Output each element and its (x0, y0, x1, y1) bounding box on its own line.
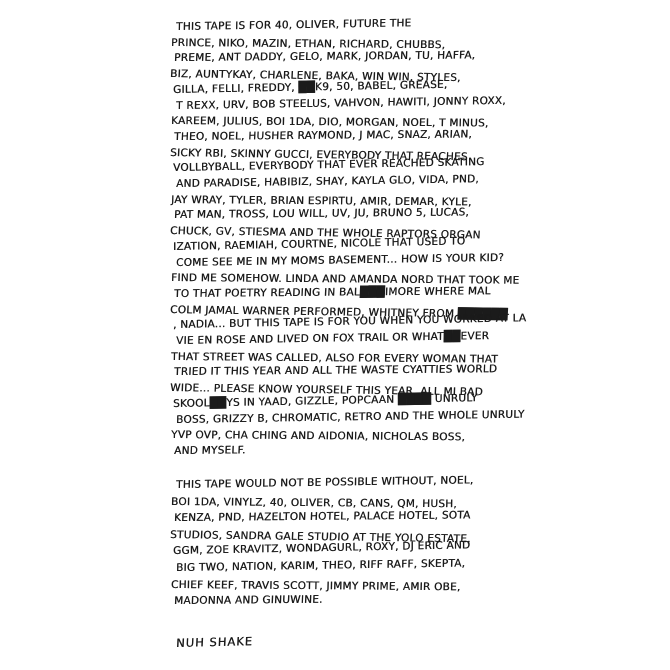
credits-paragraph: THIS TAPE WOULD NOT BE POSSIBLE WITHOUT,… (170, 477, 520, 610)
text-line: MADONNA AND GINUWINE. (174, 590, 521, 610)
text-line: KENZA, PND, HAZELTON HOTEL, PALACE HOTEL… (174, 507, 521, 527)
text-line: PREME, ANT DADDY, GELO, MARK, JORDAN, TU… (174, 48, 521, 67)
signoff-block: NUH SHAKE (170, 636, 520, 652)
text-line: THIS TAPE WOULD NOT BE POSSIBLE WITHOUT,… (176, 472, 520, 494)
text-line: AND MYSELF. (174, 441, 521, 460)
text-line: TRIED IT THIS YEAR AND ALL THE WASTE CYA… (174, 362, 521, 381)
signoff: NUH SHAKE (176, 628, 521, 652)
handwritten-liner-notes-page: THIS TAPE IS FOR 40, OLIVER, FUTURE THE … (0, 0, 670, 670)
dedication-paragraph: THIS TAPE IS FOR 40, OLIVER, FUTURE THE … (170, 20, 520, 460)
text-line: TO THAT POETRY READING IN BAL███IMORE WH… (174, 284, 521, 303)
text-line: THEO, NOEL, HUSHER RAYMOND, J MAC, SNAZ,… (174, 127, 521, 146)
text-line: THIS TAPE IS FOR 40, OLIVER, FUTURE THE (176, 15, 520, 36)
text-line: PAT MAN, TROSS, LOU WILL, UV, JU, BRUNO … (174, 205, 521, 224)
